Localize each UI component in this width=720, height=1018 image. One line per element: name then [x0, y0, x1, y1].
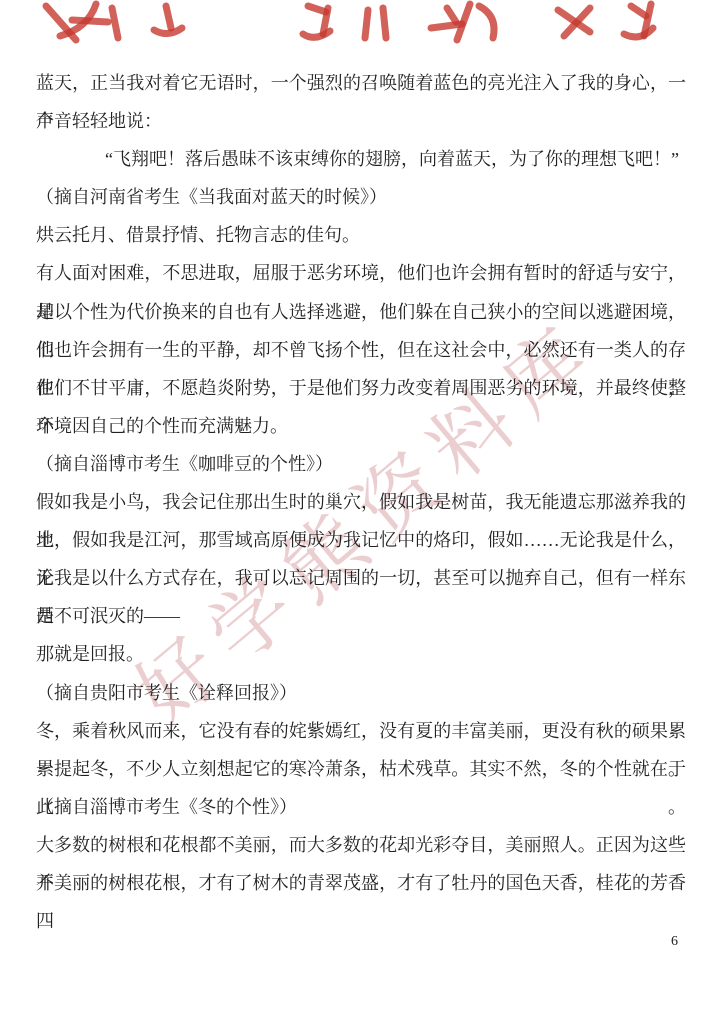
text-line: （摘自贵阳市考生《诠释回报》）	[36, 674, 686, 712]
text-line: 他们不甘平庸，不愿趋炎附势，于是他们努力改变着周围恶劣的环境，并最终使整个	[36, 369, 686, 407]
text-line: （摘自河南省考生《当我面对蓝天的时候》）	[36, 178, 686, 216]
document-page: 好学熊资料库 蓝天，正当我对着它无语时，一个强烈的召唤随着蓝色的亮光注入了我的身…	[0, 0, 720, 1018]
document-body: 蓝天，正当我对着它无语时，一个强烈的召唤随着蓝色的亮光注入了我的身心，一个声音轻…	[36, 64, 686, 902]
text-line: 一提起冬，不少人立刻想起它的寒冷萧条，枯术残草。其实不然，冬的个性就在于此。	[36, 750, 686, 788]
text-line: “飞翔吧！落后愚昧不该束缚你的翅膀，向着蓝天，为了你的理想飞吧！”	[36, 140, 686, 178]
text-line: 们也许会拥有一生的平静，却不曾飞扬个性，但在这社会中，必然还有一类人的存在，	[36, 331, 686, 369]
text-line: （摘自淄博市考生《咖啡豆的个性》）	[36, 445, 686, 483]
text-line: 假如我是小鸟，我会记住那出生时的巢穴，假如我是树苗，我无能遗忘那滋养我的土	[36, 483, 686, 521]
text-line: 地，假如我是江河，那雪域高原便成为我记忆中的烙印，假如……无论我是什么，无	[36, 521, 686, 559]
text-line: 是以个性为代价换来的自也有人选择逃避，他们躲在自己狭小的空间以逃避困境，他	[36, 293, 686, 331]
text-line: 是不可泯灭的——	[36, 597, 686, 635]
text-line: 那就是回报。	[36, 635, 686, 673]
text-line: 冬，乘着秋风而来，它没有春的姹紫嫣红，没有夏的丰富美丽，更没有秋的硕果累累。	[36, 712, 686, 750]
text-line: 烘云托月、借景抒情、托物言志的佳句。	[36, 216, 686, 254]
page-number: 6	[671, 932, 678, 952]
text-line: 大多数的树根和花根都不美丽，而大多数的花却光彩夺目，美丽照人。正因为这些并	[36, 826, 686, 864]
red-ink-marks	[0, 0, 720, 52]
text-line: 环境因自己的个性而充满魅力。	[36, 407, 686, 445]
text-line: 不美丽的树根花根，才有了树木的青翠茂盛，才有了牡丹的国色天香，桂花的芳香四	[36, 864, 686, 902]
text-line: 论我是以什么方式存在，我可以忘记周围的一切，甚至可以抛弃自己，但有一样东西	[36, 559, 686, 597]
text-line: 蓝天，正当我对着它无语时，一个强烈的召唤随着蓝色的亮光注入了我的身心，一个	[36, 64, 686, 102]
text-line: 有人面对困难，不思进取，屈服于恶劣环境，他们也许会拥有暂时的舒适与安宁，却	[36, 254, 686, 292]
text-line: 声音轻轻地说：	[36, 102, 686, 140]
